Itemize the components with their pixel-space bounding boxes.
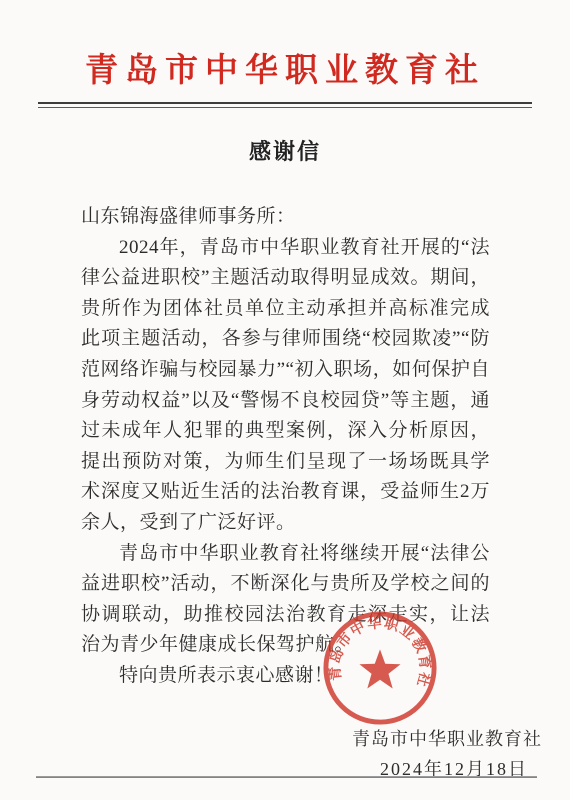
letterhead-divider — [38, 102, 532, 108]
letter-body: 山东锦海盛律师事务所： 2024年，青岛市中华职业教育社开展的“法律公益进职校”… — [81, 202, 490, 692]
signature-date: 2024年12月18日 — [0, 754, 570, 785]
paragraph: 青岛市中华职业教育社将继续开展“法律公益进职校”活动，不断深化与贵所及学校之间的… — [81, 539, 490, 661]
footer-divider — [36, 776, 537, 778]
letterhead-title: 青岛市中华职业教育社 — [0, 0, 570, 92]
salutation: 山东锦海盛律师事务所： — [81, 202, 490, 233]
paragraph: 特向贵所表示衷心感谢！ — [81, 661, 490, 692]
signature-organization: 青岛市中华职业教育社 — [0, 724, 570, 754]
letter-title: 感谢信 — [0, 138, 570, 166]
paragraph: 2024年，青岛市中华职业教育社开展的“法律公益进职校”主题活动取得明显成效。期… — [81, 233, 490, 539]
letter-page: 青岛市中华职业教育社 感谢信 山东锦海盛律师事务所： 2024年，青岛市中华职业… — [0, 0, 570, 800]
